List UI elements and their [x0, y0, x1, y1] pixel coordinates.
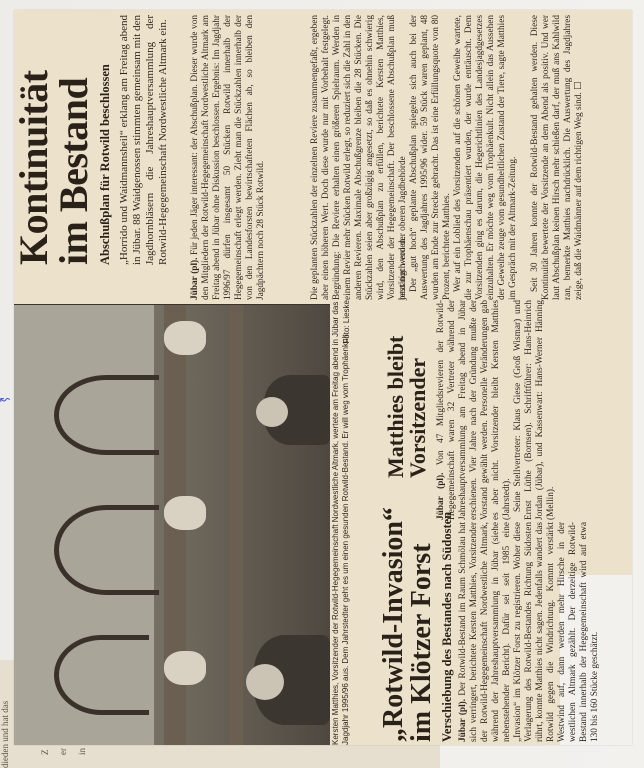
main-subhead: Abschußplan für Rotwild beschlossen [98, 15, 113, 265]
main-article-column-1: Jübar (pl). Für jeden Jäger interessant:… [190, 15, 267, 300]
antler-icon [54, 635, 149, 715]
photo-caption: Kersten Matthies, Vorsitzender der Rotwi… [331, 300, 350, 745]
antler-icon [54, 505, 159, 595]
second-article-body: Jübar (pl). Der Rotwild-Bestand im Raum … [458, 522, 601, 742]
main-article-column-2: Die geplanten Stückzahlen der einzelnen … [310, 15, 409, 300]
caption-text: Kersten Matthies, Vorsitzender der Rotwi… [331, 302, 350, 745]
sidebar-headline-line-1: Matthies bleibt [385, 336, 407, 478]
dateline: Jübar (pl). [190, 258, 200, 300]
sidebar-headline: Matthies bleibt Vorsitzender [385, 336, 429, 478]
second-subhead: Verschiebung des Bestandes nach Südosten [440, 512, 455, 742]
photo-credit: Foto: Lieske [342, 300, 352, 344]
paragraph: Der „gut hoch“ geplante Abschußplan spie… [409, 15, 453, 300]
person-face [246, 664, 284, 700]
second-headline-line-1: „Rotwild-Invasion“ [380, 507, 408, 742]
person-face [256, 397, 288, 427]
paragraph: Der Rotwild-Bestand im Raum Schmölau hat… [458, 522, 534, 742]
paragraph: Von 47 Mitgliedsrevieren der Rotwild-Heg… [436, 300, 512, 520]
paragraph: Wer auf ein Loblied des Vorsitzenden auf… [453, 15, 519, 300]
antler-icon [54, 375, 159, 455]
second-headline: „Rotwild-Invasion“ im Klötzer Forst [380, 507, 436, 742]
main-article-column-4: Seit 30 Jahren konnte der Rotwild-Bestan… [530, 15, 585, 300]
main-headline-line-2: im Bestand [54, 15, 94, 265]
trophy-photo [14, 304, 330, 745]
main-headline-line-1: Kontinuität [14, 15, 54, 265]
skull-icon [164, 321, 206, 355]
paragraph: Die geplanten Stückzahlen der einzelnen … [310, 15, 409, 300]
sidebar-article-body: Jübar (pl). Von 47 Mitgliedsrevieren der… [436, 300, 557, 520]
paragraph: Seine Stellvertreter: Klaus Giese (Groß … [513, 300, 557, 520]
main-article-column-3: bestätigt werden. Der „gut hoch“ geplant… [398, 15, 519, 300]
paragraph: bestätigt werden. [398, 15, 409, 300]
paragraph: Bestandes Richtung Südosten rührt, konnt… [524, 522, 600, 742]
second-headline-line-2: im Klötzer Forst [408, 507, 436, 742]
sidebar-headline-line-2: Vorsitzender [407, 336, 429, 478]
paragraph: Für jeden Jäger interessant: der Abschuß… [190, 15, 266, 300]
photo-beam [229, 305, 243, 745]
main-lead-paragraph: „Horrido und Waidmannsheil“ erklang am F… [118, 15, 170, 265]
skull-icon [164, 651, 206, 685]
rotated-clipping: Kontinuität im Bestand Abschußplan für R… [0, 0, 644, 768]
paragraph: Seit 30 Jahren konnte der Rotwild-Bestan… [530, 15, 585, 300]
main-headline: Kontinuität im Bestand [14, 15, 94, 265]
dateline: Jübar (pl). [458, 699, 468, 742]
skull-icon [164, 496, 206, 530]
